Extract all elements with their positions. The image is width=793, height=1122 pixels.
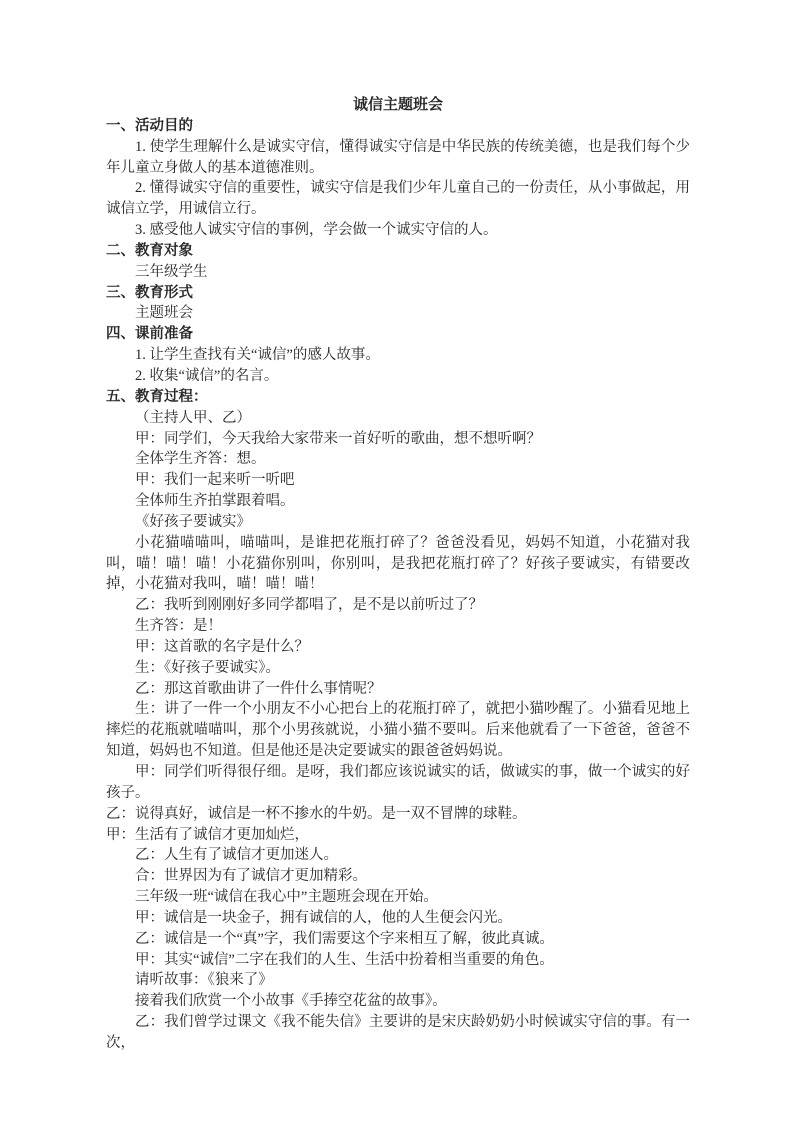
section-heading: 五、教育过程： [106, 387, 690, 408]
paragraph: 全体学生齐答：想。 [106, 449, 690, 470]
doc-title: 诚信主题班会 [106, 95, 690, 116]
paragraph: 生：《好孩子要诚实》。 [106, 658, 690, 679]
paragraph: 甲：其实“诚信”二字在我们的人生、生活中扮着相当重要的角色。 [106, 950, 690, 971]
paragraph: 甲：同学们，今天我给大家带来一首好听的歌曲，想不想听啊？ [106, 429, 690, 450]
paragraph: 乙：说得真好，诚信是一杯不掺水的牛奶。是一双不冒牌的球鞋。 [106, 804, 690, 825]
paragraph: 甲：诚信是一块金子，拥有诚信的人，他的人生便会闪光。 [106, 908, 690, 929]
paragraph: 2. 懂得诚实守信的重要性，诚实守信是我们少年儿童自己的一份责任，从小事做起，用… [106, 178, 690, 220]
paragraph: 三年级学生 [106, 262, 690, 283]
document-page: 诚信主题班会 一、活动目的 1. 使学生理解什么是诚实守信，懂得诚实守信是中华民… [0, 0, 793, 1122]
paragraph: 3. 感受他人诚实守信的事例，学会做一个诚实守信的人。 [106, 220, 690, 241]
paragraph: 乙：诚信是一个“真”字，我们需要这个字来相互了解，彼此真诚。 [106, 929, 690, 950]
paragraph: 乙：我们曾学过课文《我不能失信》主要讲的是宋庆龄奶奶小时候诚实守信的事。有一次， [106, 1012, 690, 1054]
paragraph: 1. 让学生查找有关“诚信”的感人故事。 [106, 345, 690, 366]
paragraph: （主持人甲、乙） [106, 408, 690, 429]
section-heading: 二、教育对象 [106, 241, 690, 262]
paragraph: 主题班会 [106, 303, 690, 324]
section-heading: 三、教育形式 [106, 283, 690, 304]
paragraph: 乙：那这首歌曲讲了一件什么事情呢？ [106, 679, 690, 700]
paragraph: 2. 收集“诚信”的名言。 [106, 366, 690, 387]
paragraph: 接着我们欣赏一个小故事《手捧空花盆的故事》。 [106, 991, 690, 1012]
paragraph: 三年级一班“诚信在我心中”主题班会现在开始。 [106, 887, 690, 908]
paragraph: 全体师生齐拍掌跟着唱。 [106, 491, 690, 512]
paragraph: 甲：生活有了诚信才更加灿烂， [106, 825, 690, 846]
paragraph: 生齐答：是！ [106, 616, 690, 637]
section-heading: 一、活动目的 [106, 116, 690, 137]
paragraph: 《好孩子要诚实》 [106, 512, 690, 533]
section-heading: 四、课前准备 [106, 324, 690, 345]
paragraph: 乙：我听到刚刚好多同学都唱了，是不是以前听过了？ [106, 595, 690, 616]
paragraph: 请听故事：《狼来了》 [106, 970, 690, 991]
paragraph: 甲：我们一起来听一听吧 [106, 470, 690, 491]
paragraph: 生：讲了一件一个小朋友不小心把台上的花瓶打碎了，就把小猫吵醒了。小猫看见地上摔烂… [106, 699, 690, 762]
paragraph: 甲：这首歌的名字是什么？ [106, 637, 690, 658]
paragraph: 合：世界因为有了诚信才更加精彩。 [106, 866, 690, 887]
paragraph: 乙：人生有了诚信才更加迷人。 [106, 845, 690, 866]
paragraph: 小花猫喵喵叫，喵喵叫，是谁把花瓶打碎了？爸爸没看见，妈妈不知道，小花猫对我叫，喵… [106, 533, 690, 596]
paragraph: 甲：同学们听得很仔细。是呀，我们都应该说诚实的话，做诚实的事，做一个诚实的好孩子… [106, 762, 690, 804]
paragraph: 1. 使学生理解什么是诚实守信，懂得诚实守信是中华民族的传统美德，也是我们每个少… [106, 137, 690, 179]
